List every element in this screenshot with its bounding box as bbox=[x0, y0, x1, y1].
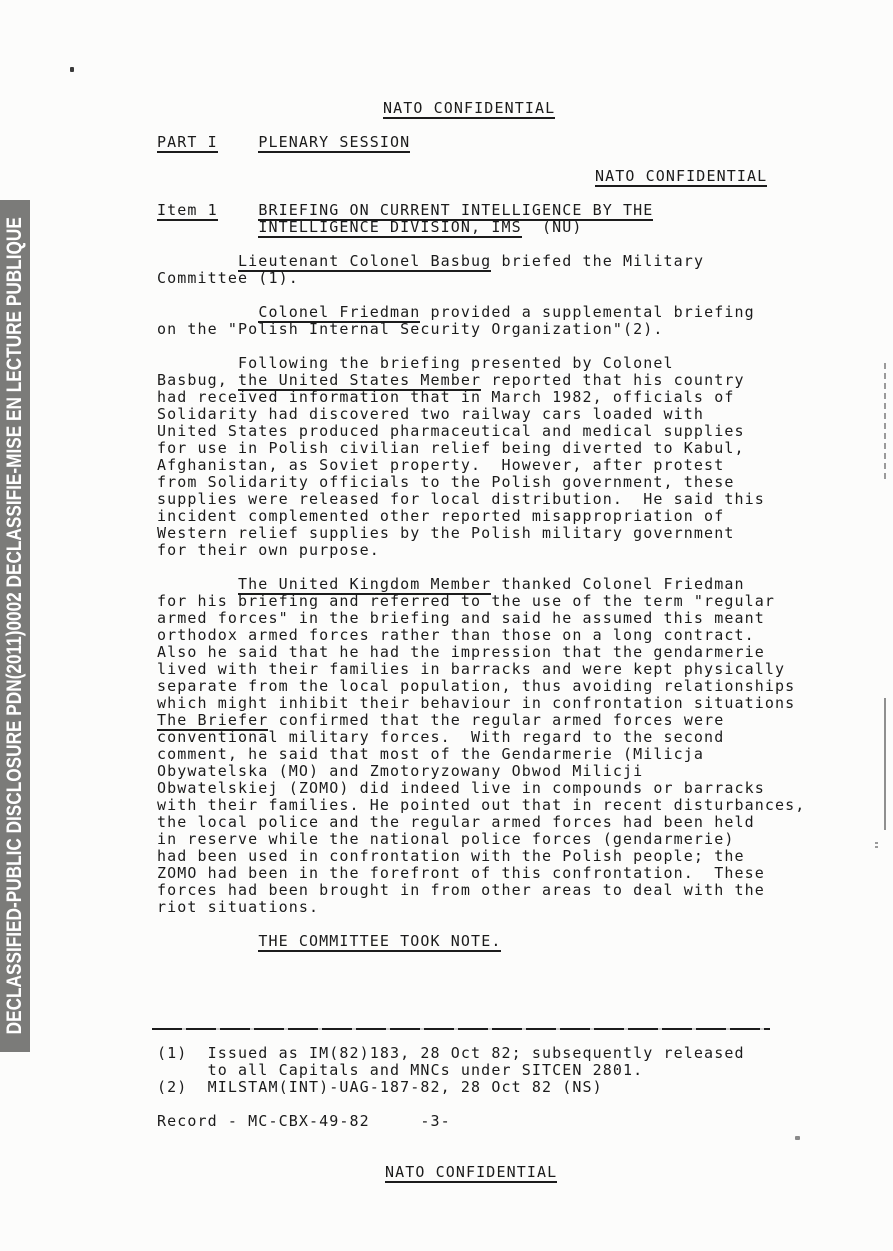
scanned-document-page: DECLASSIFIED-PUBLIC DISCLOSURE PDN(2011)… bbox=[0, 0, 893, 1251]
footnote-separator bbox=[157, 1028, 805, 1045]
blank-line bbox=[157, 287, 805, 304]
para-4-line: the local police and the regular armed f… bbox=[157, 814, 805, 831]
document-body: NATO CONFIDENTIALPART I PLENARY SESSIONN… bbox=[157, 100, 805, 1181]
scan-speck-bottom-right bbox=[795, 1136, 800, 1140]
para-3-line: supplies were released for local distrib… bbox=[157, 491, 805, 508]
para-1-line: Lieutenant Colonel Basbug briefed the Mi… bbox=[157, 253, 805, 270]
item-heading-line-2: INTELLIGENCE DIVISION, IMS (NU) bbox=[157, 219, 805, 236]
part-heading: PART I PLENARY SESSION bbox=[157, 134, 805, 151]
para-4-line: Obywatelska (MO) and Zmotoryzowany Obwod… bbox=[157, 763, 805, 780]
item-heading-line-1: Item 1 BRIEFING ON CURRENT INTELLIGENCE … bbox=[157, 202, 805, 219]
scan-scratch-right-lower bbox=[884, 698, 886, 830]
footnote-1-line: to all Capitals and MNCs under SITCEN 28… bbox=[157, 1062, 805, 1079]
para-3-line: had received information that in March 1… bbox=[157, 389, 805, 406]
classification-header-top: NATO CONFIDENTIAL bbox=[383, 100, 805, 117]
para-3-line: Basbug, the United States Member reporte… bbox=[157, 372, 805, 389]
scan-scratch-right-upper bbox=[884, 363, 886, 481]
para-3-line: incident complemented other reported mis… bbox=[157, 508, 805, 525]
para-4-line: for his briefing and referred to the use… bbox=[157, 593, 805, 610]
committee-decision: THE COMMITTEE TOOK NOTE. bbox=[157, 933, 805, 950]
page-footer-record: Record - MC-CBX-49-82 -3- bbox=[157, 1113, 805, 1130]
para-4-line: separate from the local population, thus… bbox=[157, 678, 805, 695]
para-4-line: orthodox armed forces rather than those … bbox=[157, 627, 805, 644]
blank-line bbox=[157, 338, 805, 355]
para-4-line: which might inhibit their behaviour in c… bbox=[157, 695, 805, 712]
para-4-line: in reserve while the national police for… bbox=[157, 831, 805, 848]
declassification-banner-label: DECLASSIFIED-PUBLIC DISCLOSURE PDN(2011)… bbox=[3, 217, 27, 1034]
blank-line bbox=[157, 967, 805, 984]
para-2-line: Colonel Friedman provided a supplemental… bbox=[157, 304, 805, 321]
blank-line bbox=[157, 1001, 805, 1018]
para-1-line: Committee (1). bbox=[157, 270, 805, 287]
para-4-line: riot situations. bbox=[157, 899, 805, 916]
para-4-line: had been used in confrontation with the … bbox=[157, 848, 805, 865]
para-3-line: Following the briefing presented by Colo… bbox=[157, 355, 805, 372]
blank-line bbox=[157, 1096, 805, 1113]
para-3-line: Western relief supplies by the Polish mi… bbox=[157, 525, 805, 542]
footnote-rule-line bbox=[152, 1028, 770, 1030]
para-3-line: Solidarity had discovered two railway ca… bbox=[157, 406, 805, 423]
blank-line bbox=[157, 236, 805, 253]
blank-line bbox=[157, 185, 805, 202]
para-3-line: for use in Polish civilian relief being … bbox=[157, 440, 805, 457]
classification-footer: NATO CONFIDENTIAL bbox=[385, 1164, 805, 1181]
blank-line bbox=[157, 559, 805, 576]
scan-speck-top-left bbox=[70, 67, 74, 72]
para-4-line: armed forces" in the briefing and said h… bbox=[157, 610, 805, 627]
blank-line bbox=[157, 117, 805, 134]
para-3-line: Afghanistan, as Soviet property. However… bbox=[157, 457, 805, 474]
classification-header-right: NATO CONFIDENTIAL bbox=[595, 168, 805, 185]
blank-line bbox=[157, 984, 805, 1001]
para-4-line: ZOMO had been in the forefront of this c… bbox=[157, 865, 805, 882]
footnote-1-line: (1) Issued as IM(82)183, 28 Oct 82; subs… bbox=[157, 1045, 805, 1062]
blank-line bbox=[157, 1130, 805, 1147]
para-4-line: The United Kingdom Member thanked Colone… bbox=[157, 576, 805, 593]
para-4-line: The Briefer confirmed that the regular a… bbox=[157, 712, 805, 729]
blank-line bbox=[157, 151, 805, 168]
blank-line bbox=[157, 916, 805, 933]
para-4-line: comment, he said that most of the Gendar… bbox=[157, 746, 805, 763]
para-4-line: Also he said that he had the impression … bbox=[157, 644, 805, 661]
blank-line bbox=[157, 1147, 805, 1164]
declassification-banner-rotated-strip: DECLASSIFIED-PUBLIC DISCLOSURE PDN(2011)… bbox=[0, 200, 30, 1052]
para-4-line: conventional military forces. With regar… bbox=[157, 729, 805, 746]
scan-scratch-right-small bbox=[875, 842, 878, 850]
para-3-line: for their own purpose. bbox=[157, 542, 805, 559]
para-4-line: forces had been brought in from other ar… bbox=[157, 882, 805, 899]
declassification-banner: DECLASSIFIED-PUBLIC DISCLOSURE PDN(2011)… bbox=[0, 200, 30, 1052]
para-4-line: with their families. He pointed out that… bbox=[157, 797, 805, 814]
para-4-line: lived with their families in barracks an… bbox=[157, 661, 805, 678]
footnote-2-line: (2) MILSTAM(INT)-UAG-187-82, 28 Oct 82 (… bbox=[157, 1079, 805, 1096]
para-2-line: on the "Polish Internal Security Organiz… bbox=[157, 321, 805, 338]
para-3-line: from Solidarity officials to the Polish … bbox=[157, 474, 805, 491]
para-4-line: Obwatelskiej (ZOMO) did indeed live in c… bbox=[157, 780, 805, 797]
para-3-line: United States produced pharmaceutical an… bbox=[157, 423, 805, 440]
blank-line bbox=[157, 950, 805, 967]
